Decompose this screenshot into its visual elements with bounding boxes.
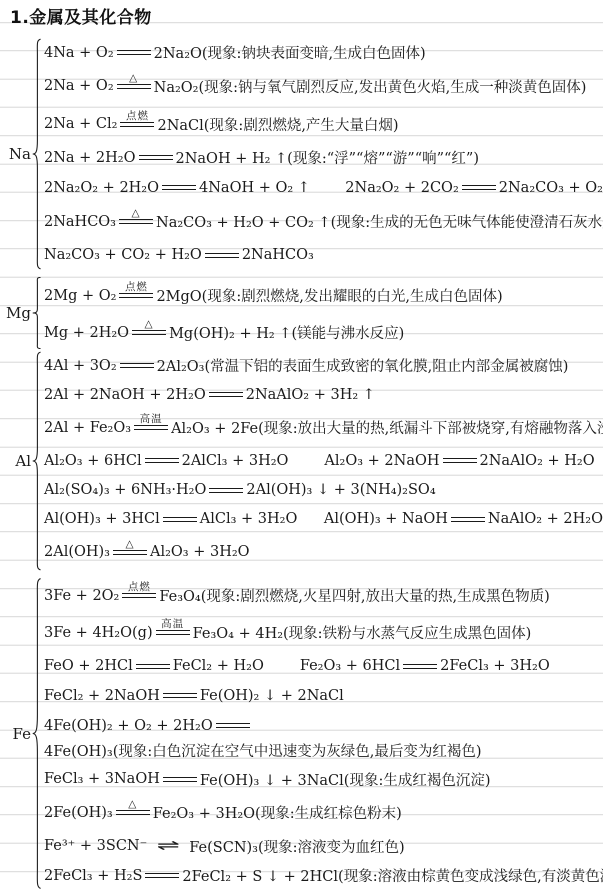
reaction-equals: △ — [117, 72, 151, 89]
formula-text: 2Al(OH)₃ — [44, 544, 110, 560]
reaction-equals — [136, 664, 170, 669]
equation-line: 2Mg + O₂点燃2MgO(现象:剧烈燃烧,发出耀眼的白光,生成白色固体) — [44, 277, 603, 314]
equals-double-line — [403, 664, 437, 669]
reaction-equals: 点燃 — [120, 110, 154, 127]
equation-line: 2Na + 2H₂O2NaOH + H₂ ↑(现象:“浮”“熔”“游”“响”“红… — [44, 143, 603, 172]
reaction-equals: 点燃 — [119, 281, 153, 298]
reaction-equals — [209, 392, 243, 397]
reaction-equals — [403, 664, 437, 669]
formula-text: Al₂O₃ + 2NaOH — [324, 453, 439, 469]
group-brace — [32, 577, 41, 890]
equation-line: 2Na + Cl₂点燃2NaCl(现象:剧烈燃烧,产生大量白烟) — [44, 106, 603, 143]
formula-text: 2Al(OH)₃ ↓ + 3(NH₄)₂SO₄ — [246, 482, 435, 498]
group-label: Na — [4, 38, 32, 270]
reaction-equals — [443, 458, 477, 463]
equals-double-line — [462, 185, 496, 190]
formula-text: 2NaHCO₃ — [44, 214, 116, 230]
equals-double-line — [136, 664, 170, 669]
equals-double-line — [122, 593, 156, 598]
formula-text: 2Mg + O₂ — [44, 288, 116, 304]
reaction-condition: △ — [131, 207, 140, 219]
equals-double-line — [119, 219, 153, 224]
formula-text: Al₂O₃ + 6HCl — [44, 453, 142, 469]
equals-double-line — [113, 550, 147, 555]
formula-text: Mg + 2H₂O — [44, 325, 129, 341]
formula-text: Al₂(SO₄)₃ + 6NH₃·H₂O — [44, 482, 206, 498]
reaction-condition: △ — [125, 538, 134, 550]
equals-double-line — [119, 293, 153, 298]
equation-line: 2Al + Fe₂O₃高温Al₂O₃ + 2Fe(现象:放出大量的热,纸漏斗下部… — [44, 409, 603, 446]
formula-text: 2FeCl₃ + 3H₂O — [440, 658, 550, 674]
group-mg: Mg2Mg + O₂点燃2MgO(现象:剧烈燃烧,发出耀眼的白光,生成白色固体)… — [4, 277, 603, 349]
equation-line: Mg + 2H₂O△Mg(OH)₂ + H₂ ↑(镁能与沸水反应) — [44, 314, 603, 351]
formula-text: 2Na + 2H₂O — [44, 150, 136, 166]
reaction-condition: 点燃 — [125, 281, 148, 293]
formula-text: Fe₂O₃ + 3H₂O(现象:生成红棕色粉末) — [153, 802, 402, 823]
equation-line: 4Na + O₂2Na₂O(现象:钠块表面变暗,生成白色固体) — [44, 38, 603, 67]
group-label: Fe — [4, 577, 32, 890]
group-label: Mg — [4, 277, 32, 349]
equation-line: 4Al + 3O₂2Al₂O₃(常温下铝的表面生成致密的氧化膜,阻止内部金属被腐… — [44, 351, 603, 380]
reaction-equals: △ — [119, 207, 153, 224]
equation-list: 4Al + 3O₂2Al₂O₃(常温下铝的表面生成致密的氧化膜,阻止内部金属被腐… — [41, 351, 603, 571]
formula-text: Al(OH)₃ + 3HCl — [44, 511, 160, 527]
equals-double-line — [134, 425, 168, 430]
document-page: 1.金属及其化合物 Na4Na + O₂2Na₂O(现象:钠块表面变暗,生成白色… — [0, 0, 603, 890]
formula-text: FeO + 2HCl — [44, 658, 133, 674]
formula-text: Fe(OH)₂ ↓ + 2NaCl — [200, 688, 344, 704]
formula-text: 2NaOH + H₂ ↑(现象:“浮”“熔”“游”“响”“红”) — [176, 147, 480, 168]
page-title: 1.金属及其化合物 — [10, 3, 152, 28]
equation-line: 2Na₂O₂ + 2H₂O4NaOH + O₂ ↑2Na₂O₂ + 2CO₂2N… — [44, 173, 603, 202]
group-brace — [32, 38, 41, 270]
group-al: Al4Al + 3O₂2Al₂O₃(常温下铝的表面生成致密的氧化膜,阻止内部金属… — [4, 351, 603, 571]
reaction-condition: 高温 — [161, 618, 184, 630]
formula-text: Al₂O₃ + 2Fe(现象:放出大量的热,纸漏斗下部被烧穿,有熔融物落入沙中) — [171, 417, 603, 438]
reaction-equals — [209, 488, 243, 493]
equals-double-line — [156, 630, 190, 635]
formula-text: Al(OH)₃ + NaOH — [324, 511, 448, 527]
equals-double-line — [205, 253, 239, 258]
group-brace — [32, 277, 41, 349]
equation-line: Al(OH)₃ + 3HClAlCl₃ + 3H₂OAl(OH)₃ + NaOH… — [44, 505, 603, 534]
formula-text: NaAlO₂ + 2H₂O — [488, 511, 603, 527]
equation-line: 4Fe(OH)₂ + O₂ + 2H₂O4Fe(OH)₃(现象:白色沉淀在空气中… — [44, 711, 603, 765]
equals-double-line — [132, 330, 166, 335]
equals-double-line — [443, 458, 477, 463]
formula-text: Fe(OH)₃ ↓ + 3NaCl(现象:生成红褐色沉淀) — [200, 769, 491, 790]
equation-line: 2Fe(OH)₃△Fe₂O₃ + 3H₂O(现象:生成红棕色粉末) — [44, 794, 603, 831]
formula-text: 2NaAlO₂ + 3H₂ ↑ — [246, 387, 375, 403]
group-brace-svg — [32, 277, 41, 349]
formula-text: 2Al + Fe₂O₃ — [44, 420, 131, 436]
equation-line: 2NaHCO₃△Na₂CO₃ + H₂O + CO₂ ↑(现象:生成的无色无味气… — [44, 203, 603, 240]
equation-line: FeCl₃ + 3NaOHFe(OH)₃ ↓ + 3NaCl(现象:生成红褐色沉… — [44, 765, 603, 794]
reaction-equals — [120, 363, 154, 368]
reaction-equals — [139, 155, 173, 160]
equals-double-line — [117, 84, 151, 89]
reaction-condition: △ — [145, 318, 154, 330]
equation-line: 2FeCl₃ + H₂S2FeCl₂ + S ↓ + 2HCl(现象:溶液由棕黄… — [44, 861, 603, 890]
equals-double-line — [209, 488, 243, 493]
formula-text: 4NaOH + O₂ ↑ — [199, 180, 310, 196]
group-fe: Fe3Fe + 2O₂点燃Fe₃O₄(现象:剧烈燃烧,火星四射,放出大量的热,生… — [4, 577, 603, 890]
formula-text: 2NaCl(现象:剧烈燃烧,产生大量白烟) — [157, 114, 398, 135]
reaction-equals: △ — [113, 538, 147, 555]
formula-text: 3Fe + 4H₂O(g) — [44, 625, 153, 641]
equation-line: 2Al(OH)₃△Al₂O₃ + 3H₂O — [44, 534, 603, 571]
formula-text: 2NaHCO₃ — [242, 247, 314, 263]
equals-double-line — [145, 873, 179, 878]
equals-double-line — [163, 517, 197, 522]
formula-text: 2FeCl₂ + S ↓ + 2HCl(现象:溶液由棕黄色变成浅绿色,有淡黄色沉… — [182, 865, 603, 886]
formula-text: Fe₃O₄ + 4H₂(现象:铁粉与水蒸气反应生成黑色固体) — [193, 622, 532, 643]
formula-text: 2Na₂O(现象:钠块表面变暗,生成白色固体) — [154, 42, 426, 63]
reversible-arrow-icon: ⇌ — [132, 838, 204, 854]
equals-double-line — [163, 777, 197, 782]
equation-line: 2Al + 2NaOH + 2H₂O2NaAlO₂ + 3H₂ ↑ — [44, 380, 603, 409]
equals-double-line — [120, 122, 154, 127]
formula-text: 2MgO(现象:剧烈燃烧,发出耀眼的白光,生成白色固体) — [156, 285, 502, 306]
equals-double-line — [116, 810, 150, 815]
formula-text: FeCl₂ + H₂O — [173, 658, 264, 674]
reaction-equals — [451, 517, 485, 522]
formula-text: Fe(SCN)₃(现象:溶液变为血红色) — [189, 836, 404, 857]
reaction-condition: 高温 — [140, 413, 163, 425]
formula-text: FeCl₃ + 3NaOH — [44, 771, 160, 787]
reaction-equals — [145, 458, 179, 463]
formula-text: 2NaAlO₂ + H₂O — [480, 453, 595, 469]
equation-list: 3Fe + 2O₂点燃Fe₃O₄(现象:剧烈燃烧,火星四射,放出大量的热,生成黑… — [41, 577, 603, 890]
reaction-equals — [145, 873, 179, 878]
formula-text: Al₂O₃ + 3H₂O — [150, 544, 250, 560]
formula-text: Na₂CO₃ + CO₂ + H₂O — [44, 247, 202, 263]
equals-double-line — [451, 517, 485, 522]
formula-text: 3Fe + 2O₂ — [44, 588, 119, 604]
formula-text: Mg(OH)₂ + H₂ ↑(镁能与沸水反应) — [169, 322, 404, 343]
formula-text: Na₂CO₃ + H₂O + CO₂ ↑(现象:生成的无色无味气体能使澄清石灰水… — [156, 211, 603, 232]
formula-text: 2Na₂O₂ + 2CO₂ — [345, 180, 458, 196]
group-brace-svg — [32, 351, 41, 571]
reaction-equals — [117, 50, 151, 55]
group-label: Al — [4, 351, 32, 571]
equals-double-line — [139, 155, 173, 160]
reaction-condition: △ — [129, 72, 138, 84]
reaction-condition: 点燃 — [128, 581, 151, 593]
reaction-equals — [205, 253, 239, 258]
reaction-equals — [163, 777, 197, 782]
reaction-equals: △ — [132, 318, 166, 335]
formula-text: Fe₃O₄(现象:剧烈燃烧,火星四射,放出大量的热,生成黑色物质) — [159, 585, 549, 606]
formula-text: FeCl₂ + 2NaOH — [44, 688, 160, 704]
equation-list: 4Na + O₂2Na₂O(现象:钠块表面变暗,生成白色固体)2Na + O₂△… — [41, 38, 603, 270]
formula-text: 2Na + O₂ — [44, 78, 114, 94]
reaction-equals: △ — [116, 798, 150, 815]
formula-text: 4Al + 3O₂ — [44, 358, 117, 374]
equation-line: FeCl₂ + 2NaOHFe(OH)₂ ↓ + 2NaCl — [44, 681, 603, 710]
equation-line: 3Fe + 2O₂点燃Fe₃O₄(现象:剧烈燃烧,火星四射,放出大量的热,生成黑… — [44, 577, 603, 614]
equals-double-line — [117, 50, 151, 55]
group-na: Na4Na + O₂2Na₂O(现象:钠块表面变暗,生成白色固体)2Na + O… — [4, 38, 603, 270]
formula-text: 2Na + Cl₂ — [44, 116, 117, 132]
formula-text: 2Na₂O₂ + 2H₂O — [44, 180, 159, 196]
reaction-equals — [163, 693, 197, 698]
equation-line: Fe³⁺ + 3SCN⁻⇌Fe(SCN)₃(现象:溶液变为血红色) — [44, 832, 603, 861]
equation-line: Al₂O₃ + 6HCl2AlCl₃ + 3H₂OAl₂O₃ + 2NaOH2N… — [44, 446, 603, 475]
equals-double-line — [209, 392, 243, 397]
equals-double-line — [162, 185, 196, 190]
formula-text: 2Fe(OH)₃ — [44, 805, 113, 821]
formula-text: 2Al₂O₃(常温下铝的表面生成致密的氧化膜,阻止内部金属被腐蚀) — [157, 355, 569, 376]
group-brace-svg — [32, 577, 41, 890]
equation-line: FeO + 2HClFeCl₂ + H₂OFe₂O₃ + 6HCl2FeCl₃ … — [44, 652, 603, 681]
equation-line: Na₂CO₃ + CO₂ + H₂O2NaHCO₃ — [44, 241, 603, 270]
equals-double-line — [145, 458, 179, 463]
equation-list: 2Mg + O₂点燃2MgO(现象:剧烈燃烧,发出耀眼的白光,生成白色固体)Mg… — [41, 277, 603, 349]
reaction-equals: 点燃 — [122, 581, 156, 598]
formula-text: Na₂O₂(现象:钠与氧气剧烈反应,发出黄色火焰,生成一种淡黄色固体) — [154, 76, 587, 97]
equation-line: 2Na + O₂△Na₂O₂(现象:钠与氧气剧烈反应,发出黄色火焰,生成一种淡黄… — [44, 68, 603, 105]
formula-text: AlCl₃ + 3H₂O — [200, 511, 298, 527]
formula-text: 4Na + O₂ — [44, 45, 114, 61]
equation-line: 3Fe + 4H₂O(g)高温Fe₃O₄ + 4H₂(现象:铁粉与水蒸气反应生成… — [44, 614, 603, 651]
formula-text: 4Fe(OH)₂ + O₂ + 2H₂O — [44, 718, 213, 734]
formula-text: 2AlCl₃ + 3H₂O — [182, 453, 289, 469]
reaction-condition: 点燃 — [126, 110, 149, 122]
reaction-equals — [216, 723, 250, 728]
reaction-equals: 高温 — [156, 618, 190, 635]
reaction-equals: 高温 — [134, 413, 168, 430]
equals-double-line — [216, 723, 250, 728]
formula-text: 2Na₂CO₃ + O₂ — [499, 180, 603, 196]
equals-double-line — [120, 363, 154, 368]
group-brace — [32, 351, 41, 571]
formula-text: Fe₂O₃ + 6HCl — [300, 658, 400, 674]
reaction-equals — [462, 185, 496, 190]
equals-double-line — [163, 693, 197, 698]
reaction-equals — [163, 517, 197, 522]
group-brace-svg — [32, 38, 41, 270]
reaction-equals — [162, 185, 196, 190]
equation-line: Al₂(SO₄)₃ + 6NH₃·H₂O2Al(OH)₃ ↓ + 3(NH₄)₂… — [44, 476, 603, 505]
reaction-condition: △ — [128, 798, 137, 810]
formula-text: 2Al + 2NaOH + 2H₂O — [44, 387, 206, 403]
formula-text: 2FeCl₃ + H₂S — [44, 868, 142, 884]
formula-text: 4Fe(OH)₃(现象:白色沉淀在空气中迅速变为灰绿色,最后变为红褐色) — [44, 744, 482, 760]
